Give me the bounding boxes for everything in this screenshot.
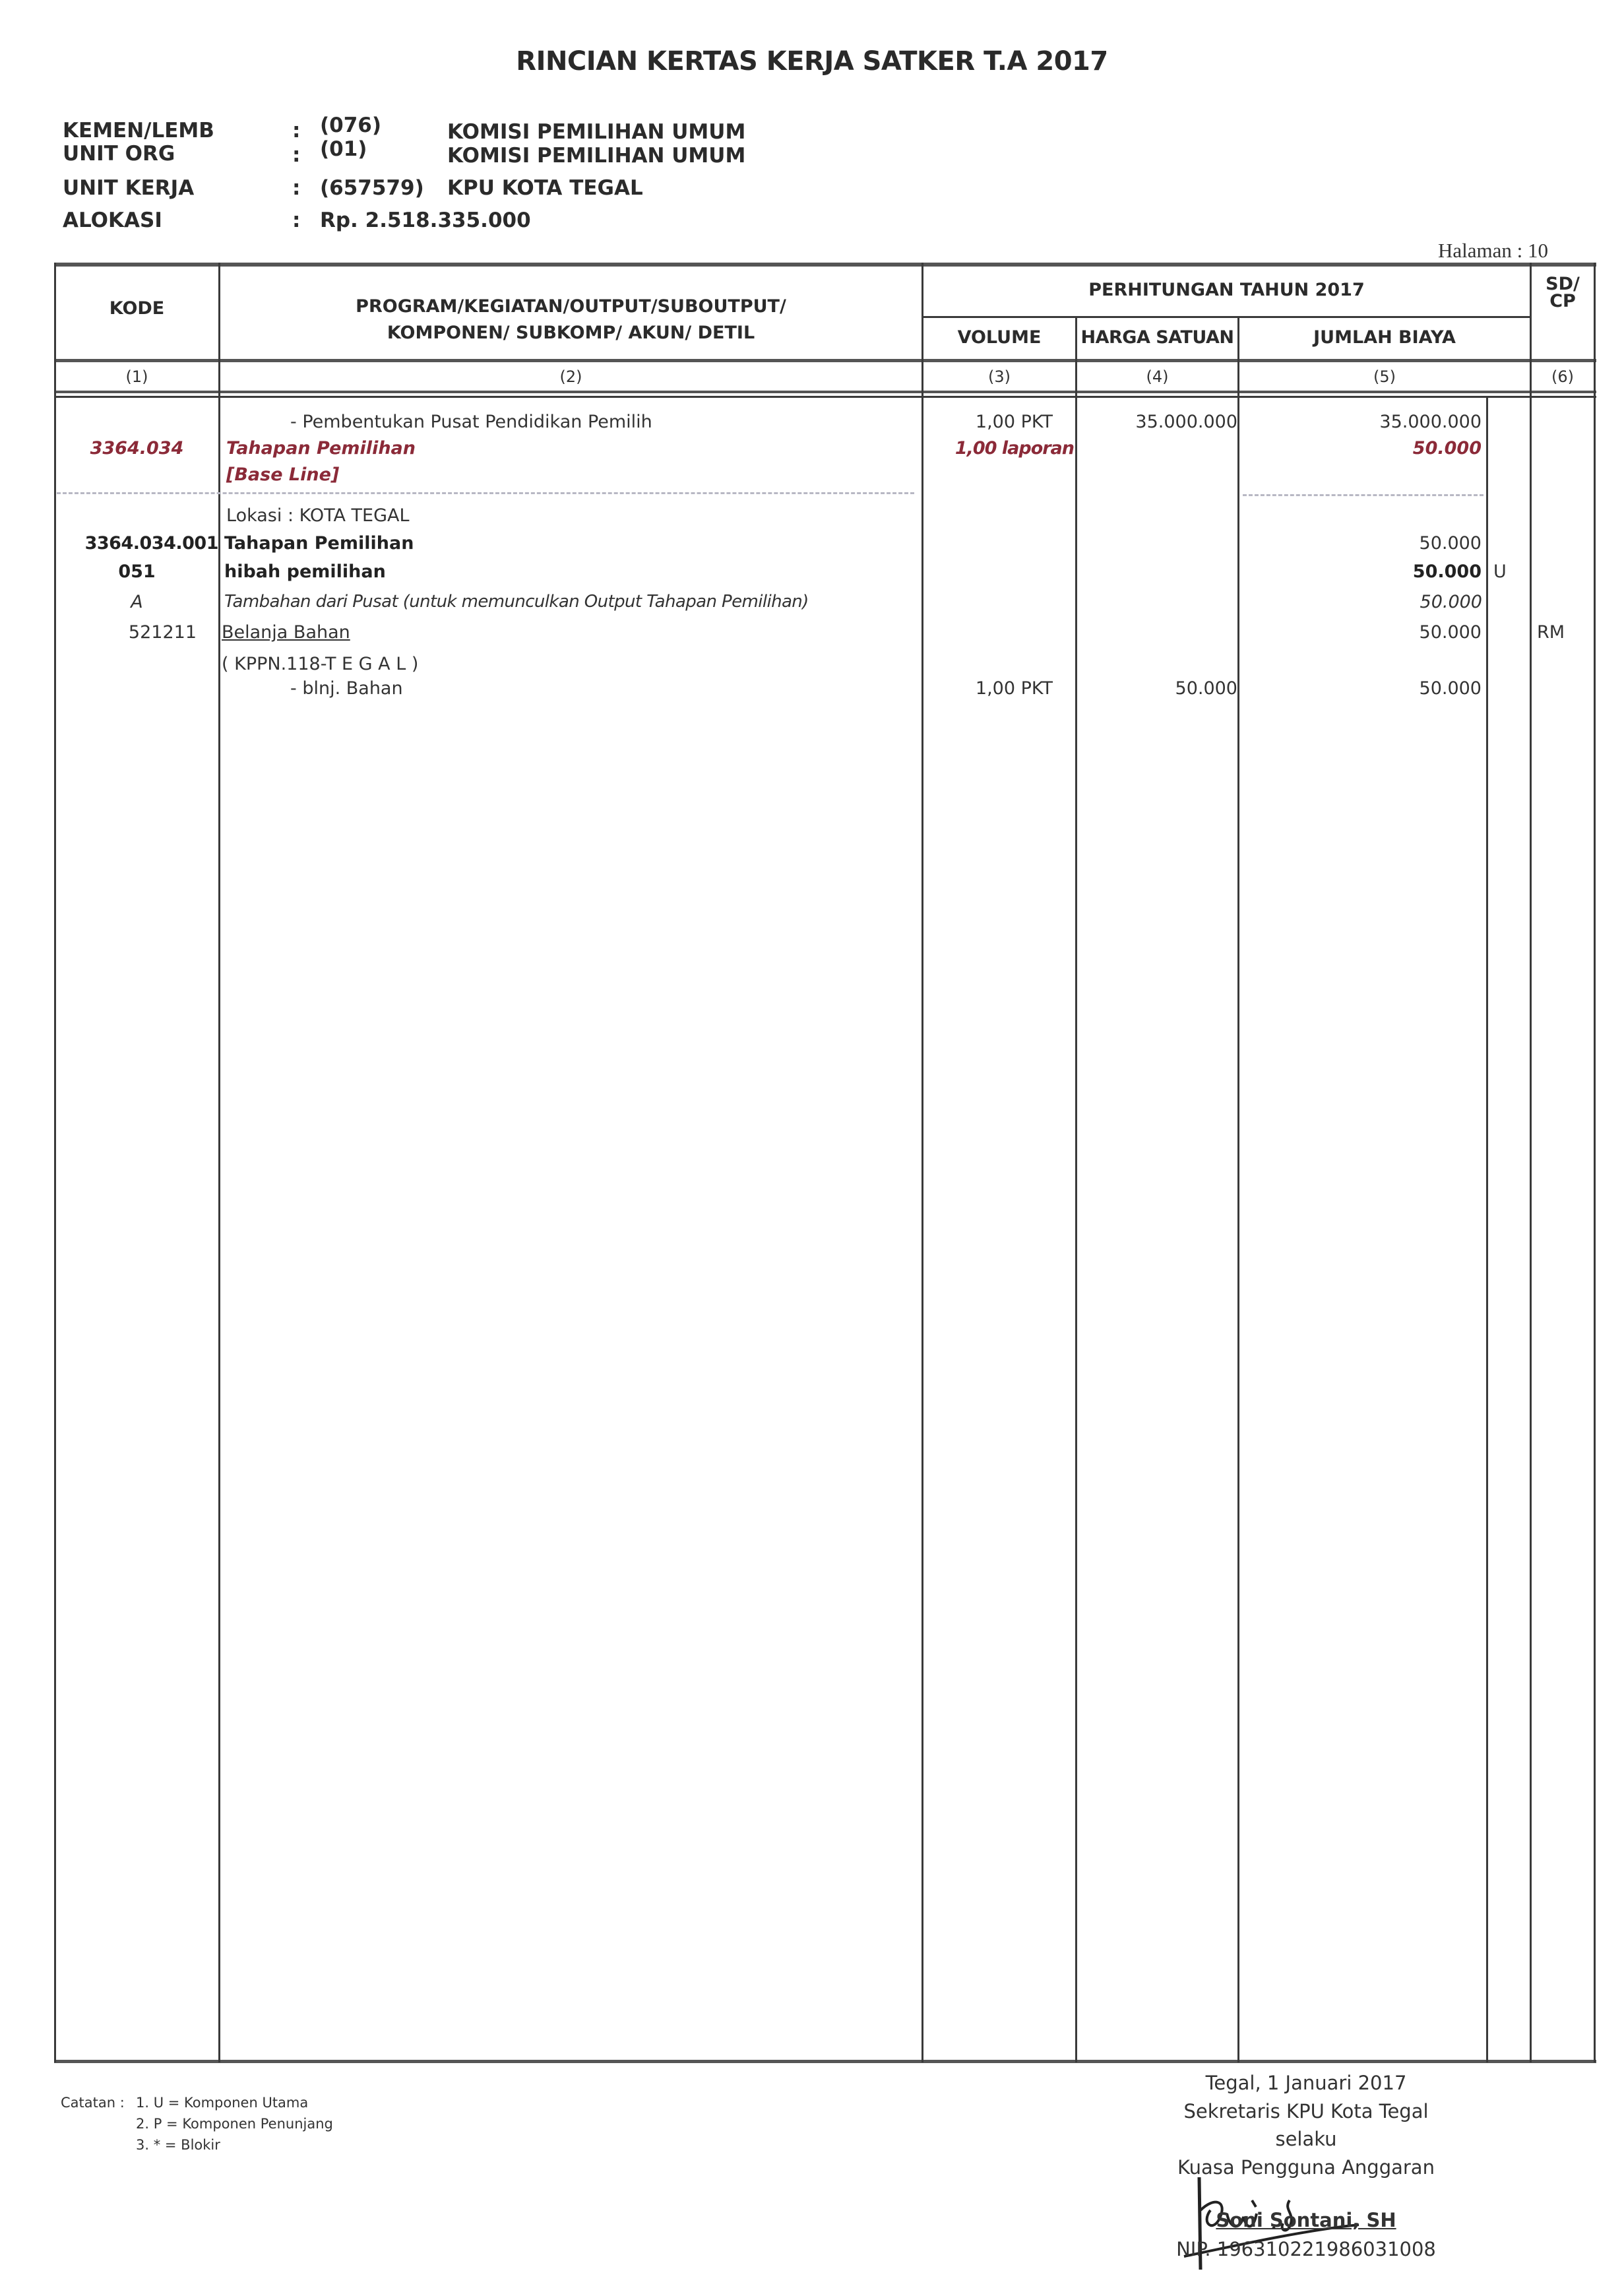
info-label-unit-org: UNIT ORG — [63, 142, 175, 166]
header-perhitungan: PERHITUNGAN TAHUN 2017 — [923, 280, 1530, 300]
row-uraian-akun-link[interactable]: Belanja Bahan — [222, 622, 350, 643]
col-divider-volume — [1075, 317, 1077, 2062]
signature-place-date: Tegal, 1 Januari 2017 — [1108, 2072, 1504, 2094]
page-separator: : — [1517, 239, 1523, 262]
row-uraian: Tambahan dari Pusat (untuk memunculkan O… — [224, 592, 809, 612]
colnum-6: (6) — [1532, 367, 1594, 386]
document-title: RINCIAN KERTAS KERJA SATKER T.A 2017 — [0, 46, 1624, 77]
row-kode: 521211 — [55, 622, 197, 643]
row-uraian: Tahapan Pemilihan — [224, 533, 414, 554]
colnum-4: (4) — [1077, 367, 1237, 386]
row-volume: 1,00 PKT — [923, 678, 1053, 699]
dashed-separator — [57, 492, 914, 494]
info-label-alokasi: ALOKASI — [63, 208, 162, 232]
table-right-border — [1594, 263, 1596, 2062]
row-jumlah: 50.000 — [1239, 533, 1482, 554]
note-item: 3. * = Blokir — [136, 2137, 220, 2153]
row-kode: 3364.034 — [55, 438, 218, 459]
page-number: Halaman : 10 — [1438, 239, 1548, 263]
info-code-unit-org: (01) — [320, 137, 367, 161]
row-kode: A — [55, 592, 218, 612]
notes-label: Catatan : — [61, 2095, 125, 2111]
row-jumlah: 50.000 — [1239, 592, 1482, 612]
colnum-1: (1) — [55, 367, 218, 386]
row-uraian: - blnj. Bahan — [290, 678, 403, 699]
header-kode: KODE — [55, 298, 218, 319]
row-uraian: hibah pemilihan — [224, 561, 386, 582]
info-label-unit-kerja: UNIT KERJA — [63, 176, 194, 200]
row-uraian: [Base Line] — [226, 464, 339, 485]
header-bottom-border — [54, 359, 1596, 362]
row-uraian: Lokasi : KOTA TEGAL — [226, 505, 410, 526]
header-sdcp: SD/ CP — [1532, 276, 1594, 310]
row-volume: 1,00 laporan — [923, 438, 1074, 459]
header-jumlah-biaya: JUMLAH BIAYA — [1239, 327, 1530, 348]
note-item: 2. P = Komponen Penunjang — [136, 2116, 333, 2132]
page-value: 10 — [1528, 239, 1548, 262]
row-volume: 1,00 PKT — [923, 412, 1053, 432]
perhitungan-divider — [922, 316, 1532, 318]
row-harga: 50.000 — [1077, 678, 1237, 699]
row-jumlah: 50.000 — [1239, 438, 1482, 459]
info-label-kemen: KEMEN/LEMB — [63, 119, 214, 143]
header-sdcp-line2: CP — [1532, 293, 1594, 310]
col-divider-program — [921, 263, 923, 2062]
row-kode: 051 — [55, 561, 218, 582]
column-number-bottom-1 — [54, 391, 1596, 393]
table-top-border — [54, 263, 1596, 267]
dashed-separator-jumlah — [1243, 494, 1483, 496]
row-jumlah: 50.000 — [1239, 622, 1482, 643]
header-program-line2: KOMPONEN/ SUBKOMP/ AKUN/ DETIL — [220, 323, 921, 343]
col-divider-jumlah — [1530, 263, 1532, 2062]
row-jumlah: 50.000 — [1239, 561, 1482, 582]
info-name-kemen: KOMISI PEMILIHAN UMUM — [447, 120, 745, 144]
signature-position-2: selaku — [1108, 2128, 1504, 2150]
info-value-alokasi: Rp. 2.518.335.000 — [320, 208, 531, 232]
colnum-5: (5) — [1239, 367, 1530, 386]
row-jumlah: 35.000.000 — [1239, 412, 1482, 432]
colnum-3: (3) — [923, 367, 1075, 386]
info-colon: : — [292, 119, 300, 143]
header-volume: VOLUME — [923, 327, 1075, 348]
row-jumlah: 50.000 — [1239, 678, 1482, 699]
row-uraian: - Pembentukan Pusat Pendidikan Pemilih — [290, 412, 652, 432]
info-code-unit-kerja: (657579) — [320, 176, 424, 200]
info-colon: : — [292, 208, 300, 232]
info-name-unit-kerja: KPU KOTA TEGAL — [447, 176, 643, 200]
header-harga-satuan: HARGA SATUAN — [1077, 327, 1237, 348]
row-uraian: ( KPPN.118-T E G A L ) — [222, 654, 418, 674]
signature-position-1: Sekretaris KPU Kota Tegal — [1108, 2100, 1504, 2122]
info-code-kemen: (076) — [320, 113, 381, 137]
row-uraian: Tahapan Pemilihan — [226, 438, 416, 459]
row-kode: 3364.034.001 — [55, 533, 218, 554]
info-name-unit-org: KOMISI PEMILIHAN UMUM — [447, 144, 745, 168]
row-flag: U — [1493, 561, 1507, 582]
row-harga: 35.000.000 — [1077, 412, 1237, 432]
table-bottom-border — [54, 2060, 1596, 2063]
row-sdcp: RM — [1537, 622, 1565, 643]
colnum-2: (2) — [220, 367, 921, 386]
header-program-line1: PROGRAM/KEGIATAN/OUTPUT/SUBOUTPUT/ — [220, 296, 921, 317]
signature-nip: NIP. 196310221986031008 — [1108, 2238, 1504, 2260]
signature-name: Soni Sontani, SH — [1108, 2209, 1504, 2231]
info-colon: : — [292, 143, 300, 167]
col-divider-kode — [218, 263, 220, 2062]
note-item: 1. U = Komponen Utama — [136, 2095, 308, 2111]
info-colon: : — [292, 176, 300, 200]
column-number-bottom-2 — [54, 396, 1596, 398]
page-label: Halaman — [1438, 239, 1512, 262]
col-divider-flag — [1486, 396, 1488, 2062]
